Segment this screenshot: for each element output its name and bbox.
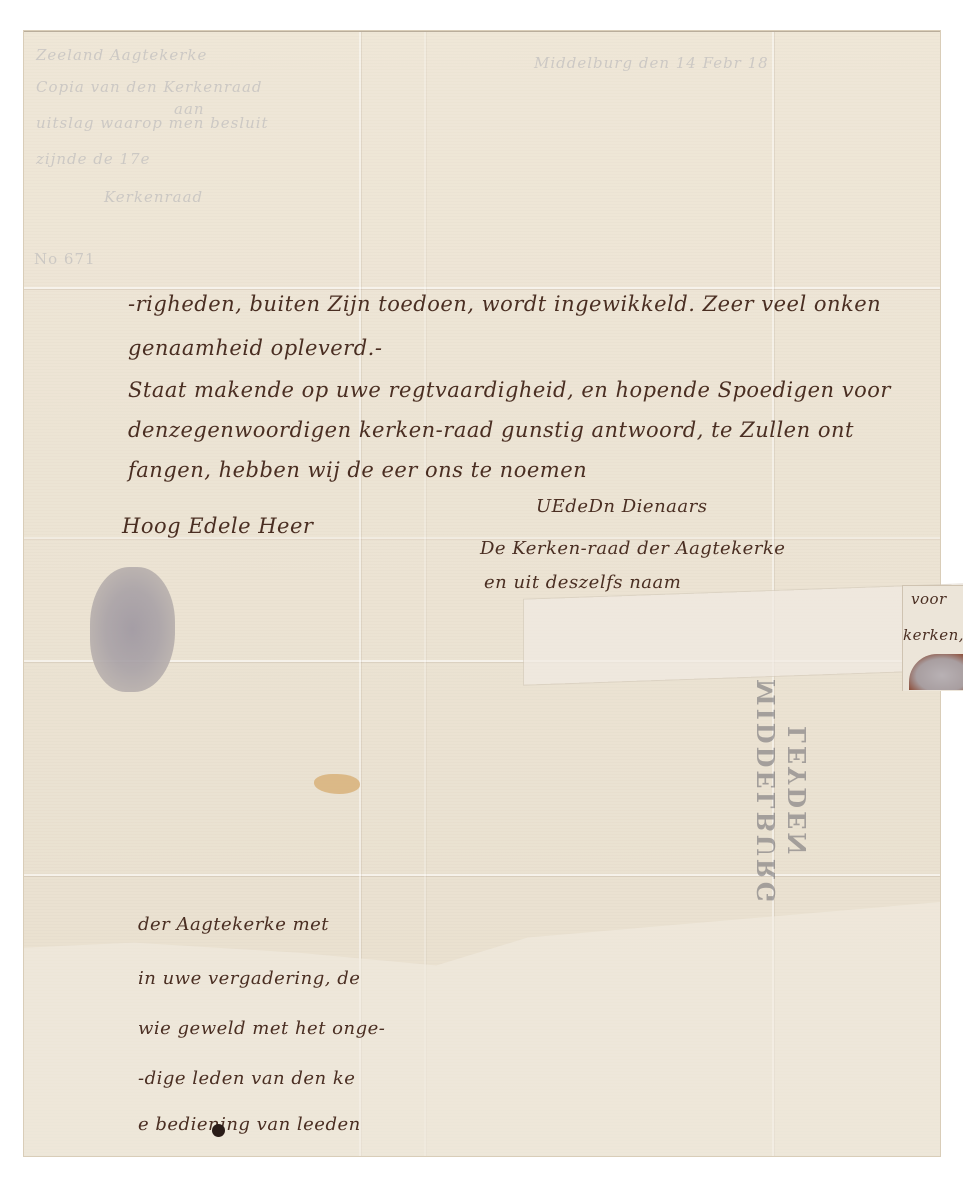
body-line: genaamheid opleverd.- bbox=[128, 336, 382, 360]
bleedthrough-text: Copia van den Kerkenraad bbox=[36, 78, 263, 96]
wax-seal bbox=[90, 567, 175, 692]
fragment-line: in uwe vergadering, de bbox=[138, 968, 360, 989]
body-line: Staat makende op uwe regtvaardigheid, en… bbox=[128, 378, 891, 402]
ink-blot bbox=[212, 1124, 225, 1137]
postmark-stamp: LEYDEN MIDDELBURG bbox=[742, 692, 822, 892]
bleedthrough-text: zijnde de 17e bbox=[36, 150, 150, 168]
body-line: fangen, hebben wij de eer ons te noemen bbox=[128, 458, 587, 482]
bleedthrough-text: Kerkenraad bbox=[104, 188, 203, 206]
fragment-line: wie geweld met het onge- bbox=[138, 1018, 385, 1039]
salutation: Hoog Edele Heer bbox=[122, 514, 313, 538]
fragment-line: -dige leden van den ke bbox=[138, 1068, 355, 1089]
body-line: denzegenwoordigen kerken-raad gunstig an… bbox=[128, 418, 854, 442]
paper-patch bbox=[524, 584, 963, 684]
closing-line: en uit deszelfs naam bbox=[484, 572, 681, 593]
bleedthrough-text: aan bbox=[174, 100, 205, 118]
letter-page: Zeeland Aagtekerke Copia van den Kerkenr… bbox=[24, 31, 940, 1156]
body-line: -righeden, buiten Zijn toedoen, wordt in… bbox=[128, 292, 881, 316]
bleedthrough-text: uitslag waarop men besluit bbox=[36, 114, 269, 132]
closing-line: UEdeDn Dienaars bbox=[536, 496, 707, 517]
postmark-line: LEYDEN bbox=[783, 726, 812, 857]
edge-fragment: voor bbox=[911, 590, 947, 608]
bleedthrough-text: Middelburg den 14 Febr 18 bbox=[534, 54, 769, 72]
postmark-line: MIDDELBURG bbox=[752, 679, 781, 905]
fragment-line: der Aagtekerke met bbox=[138, 914, 329, 935]
stain bbox=[314, 774, 360, 794]
fragment-line: e bediening van leeden bbox=[138, 1114, 361, 1135]
edge-fragment: kerken, bbox=[903, 626, 963, 644]
bleedthrough-text: Zeeland Aagtekerke bbox=[36, 46, 207, 64]
fold-crease bbox=[24, 287, 940, 289]
bleedthrough-number: No 671 bbox=[34, 250, 96, 268]
closing-line: De Kerken-raad der Aagtekerke bbox=[480, 538, 785, 559]
